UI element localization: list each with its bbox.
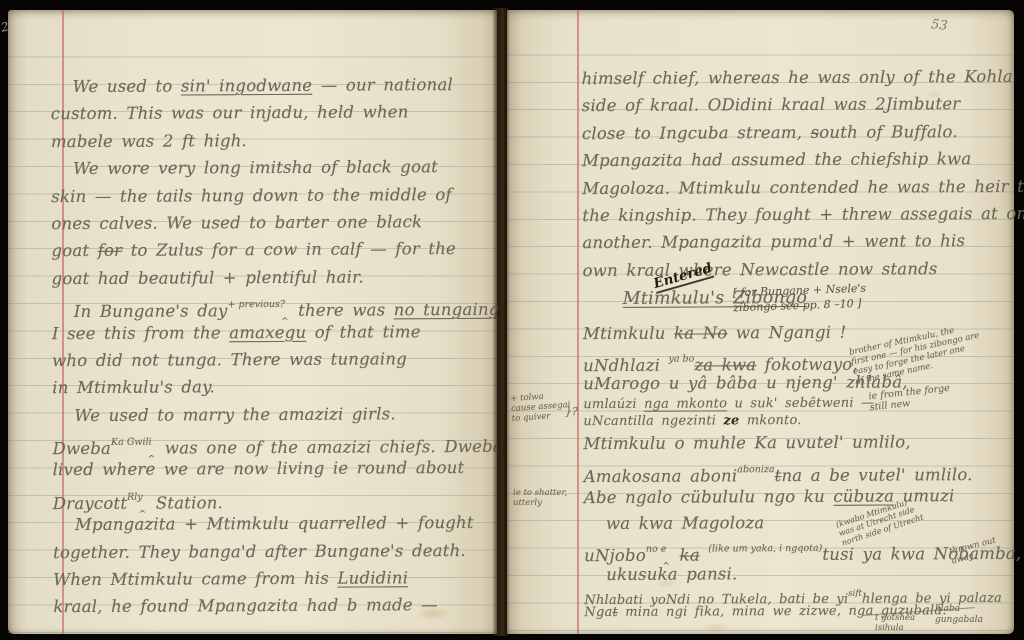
manuscript-line: own kraal where Newcastle now stands (583, 255, 1012, 285)
manuscript-line: the kingship. They fought + threw assega… (582, 200, 1011, 230)
gutter-note-shatter: ie to shatter, utterly (513, 488, 567, 508)
text-segment: another. Mpangazita puma'd + went to his (582, 231, 965, 252)
manuscript-line: Amakosana aboniabonizatna a be vutel' um… (584, 455, 1013, 485)
text-segment: In Bungane's day (74, 301, 228, 321)
text-segment: no tungaing (394, 300, 500, 320)
page-number: 53 (931, 17, 949, 34)
manuscript-line: In Bungane's day+ previous?^ there was n… (74, 290, 491, 320)
notebook-page-right: 53 himself chief, whereas he was only of… (507, 10, 1014, 634)
text-segment: Mpangazita had assumed the chiefship kwa (582, 149, 971, 170)
manuscript-line: in Mtimkulu's day. (52, 372, 491, 402)
text-segment: nga mkonto (644, 396, 727, 411)
manuscript-line: mabele was 2 ft high. (51, 126, 490, 156)
manuscript-line: Abe ngalo cübululu ngo ku cübuza umuzi (584, 482, 1013, 512)
text-segment: + previous? (227, 299, 284, 310)
text-segment: the kingship. They fought + threw assega… (582, 204, 1024, 225)
manuscript-line: kraal, he found Mpangazita had b made — (53, 591, 492, 621)
text-segment: Nga (584, 605, 612, 620)
gutter-query-mark: }? (565, 406, 578, 419)
text-segment: for (98, 241, 123, 260)
manuscript-line: Magoloza. Mtimkulu contended he was the … (582, 172, 1011, 202)
text-segment: We wore very long imitsha of black goat (73, 157, 438, 178)
text-segment: Mtimkulu (583, 324, 674, 343)
text-segment: mabele was 2 ft high. (51, 131, 247, 151)
text-segment: Ludidini (337, 568, 408, 587)
left-page-text: We used to sin' ingodwane — our national… (51, 71, 493, 621)
text-segment: sin' ingodwane (181, 76, 312, 96)
margin-note-gotshea: t gotshea isihula (875, 613, 915, 633)
manuscript-line: close to Ingcuba stream, south of Buffal… (582, 118, 1011, 148)
text-segment: Mtimkulu o muhle Ka uvutel' umlilo, (583, 432, 910, 453)
notebook-page-left: 2 We used to sin' ingodwane — our nation… (8, 10, 497, 634)
text-segment: ka No (674, 323, 728, 342)
text-segment: aboniza (737, 464, 774, 475)
text-segment: own kraal where Newcastle now stands (583, 259, 938, 280)
text-segment: wa Ngangi ! (727, 323, 846, 343)
manuscript-line: wa kwa Magoloza (606, 510, 1013, 536)
text-segment: — our national (312, 75, 453, 95)
text-segment: We used to (73, 76, 181, 96)
text-segment: I see this from the (52, 323, 229, 343)
text-segment: Mpangazita + Mtimkulu quarrelled + fough… (75, 513, 474, 534)
text-segment: amaxegu (229, 322, 306, 341)
manuscript-line: Nhlabati yoNdi no Tukela, bati be yisift… (584, 585, 1013, 604)
manuscript-line: We wore very long imitsha of black goat (73, 153, 490, 183)
margin-rule-right-page (577, 10, 579, 634)
page-number-partial: 2 (0, 19, 10, 34)
manuscript-line: side of kraal. ODidini kraal was 2Jimbut… (582, 90, 1011, 120)
manuscript-line: When Mtimkulu came from his Ludidini (53, 564, 492, 594)
text-segment: outh of Buffalo. (819, 122, 958, 142)
text-segment: to Zulus for a cow in calf — for the (122, 239, 456, 260)
manuscript-line: We used to sin' ingodwane — our national (73, 71, 490, 101)
manuscript-line: together. They banga'd after Bungane's d… (53, 536, 492, 566)
text-segment: wa kwa Magoloza (606, 513, 764, 533)
manuscript-line: skin — the tails hung down to the middle… (51, 180, 490, 210)
manuscript-line: I see this from the amaxegu of that time (52, 317, 491, 347)
text-segment: lived where we are now living ie round a… (53, 458, 465, 479)
text-segment: skin — the tails hung down to the middle… (51, 185, 452, 206)
text-segment: of that time (306, 322, 421, 342)
margin-note-bracket: [ for Bungane + Nsele's zibongo see pp. … (733, 282, 867, 316)
text-segment: (like um yaka, i ngqota) (708, 543, 822, 555)
text-segment: ones calves. We used to barter one black (51, 212, 422, 233)
text-segment: there was (290, 300, 394, 320)
text-segment: kraal, he found Mpangazita had b made — (53, 596, 438, 617)
text-segment: himself chief, whereas he was only of th… (582, 67, 1013, 88)
text-segment: umlaúzi (583, 396, 644, 411)
text-segment: We used to marry the amazizi girls. (74, 404, 396, 425)
text-segment: mkonto. (739, 412, 801, 427)
manuscript-line: who did not tunga. There was tungaing (52, 345, 491, 375)
text-segment: u suk' sebêtweni — (727, 395, 874, 411)
text-segment: cübuza (833, 487, 894, 506)
text-segment: side of kraal. ODidini kraal was 2Jimbut… (582, 95, 961, 116)
text-segment: custom. This was our injadu, held when (51, 103, 409, 124)
manuscript-line: We used to marry the amazizi girls. (74, 400, 491, 430)
text-segment: uNjobo (584, 545, 646, 564)
manuscript-line: Mpangazita + Mtimkulu quarrelled + fough… (75, 509, 492, 539)
text-segment: ukusuka pansi. (606, 564, 737, 584)
text-segment: in Mtimkulu's day. (52, 378, 215, 398)
text-segment: When Mtimkulu came from his (53, 569, 337, 589)
text-segment: goat had beautiful + plentiful hair. (52, 267, 364, 288)
text-segment: ya bo (668, 353, 694, 364)
manuscript-line: Mpangazita had assumed the chiefship kwa (582, 145, 1011, 175)
manuscript-line: goat had beautiful + plentiful hair. (52, 263, 491, 293)
manuscript-line: goat for to Zulus for a cow in calf — fo… (51, 235, 490, 265)
text-segment: ze (723, 413, 739, 428)
text-segment: sift (848, 589, 862, 599)
manuscript-line: ones calves. We used to barter one black (51, 208, 490, 238)
notebook-photo: 2 We used to sin' ingodwane — our nation… (0, 0, 1024, 640)
binding-gutter (492, 8, 510, 636)
text-segment: ka (680, 545, 700, 564)
manuscript-line: another. Mpangazita puma'd + went to his (582, 227, 1011, 257)
text-segment: goat (51, 241, 97, 260)
text-segment: close to Ingcuba stream, (582, 123, 811, 143)
text-segment: Abe ngalo cübululu ngo ku (584, 487, 834, 507)
manuscript-line: lived where we are now living ie round a… (53, 454, 492, 484)
manuscript-line: DraycottRly^ Station. (53, 482, 492, 512)
text-segment (671, 545, 680, 564)
text-segment: together. They banga'd after Bungane's d… (53, 541, 466, 562)
paper-stain (703, 622, 729, 634)
text-segment: who did not tunga. There was tungaing (52, 349, 407, 370)
text-segment: uNcantilla ngezinti (583, 413, 723, 429)
text-segment: Dweba (52, 439, 111, 458)
gutter-note-tolwa: + tolwa cause assegai to quiver (510, 390, 571, 424)
manuscript-line: DwebaKa Gwili^ was one of the amazizi ch… (52, 427, 491, 457)
text-segment: Magoloza. Mtimkulu contended he was the … (582, 176, 1024, 197)
text-segment: Ka Gwili (111, 437, 152, 448)
manuscript-line: himself chief, whereas he was only of th… (582, 63, 1011, 93)
manuscript-line: Mtimkulu o muhle Ka uvutel' umlilo, (583, 427, 1012, 457)
manuscript-line: custom. This was our injadu, held when (51, 98, 490, 128)
